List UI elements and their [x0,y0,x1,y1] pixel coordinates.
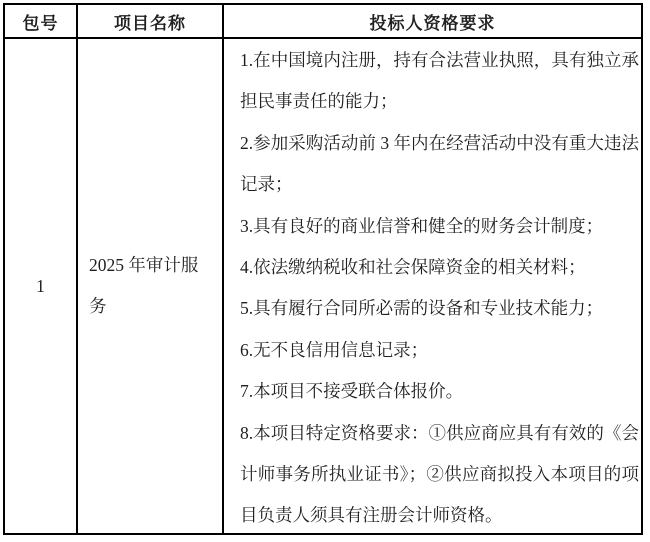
header-cell-project-name: 项目名称 [78,5,224,39]
header-label-project-name: 项目名称 [114,9,186,34]
requirement-item-5: 5.具有履行合同所必需的设备和专业技术能力； [240,288,639,329]
requirement-item-1: 1.在中国境内注册，持有合法营业执照，具有独立承担民事责任的能力； [240,40,639,123]
requirement-item-4: 4.依法缴纳税收和社会保障资金的相关材料； [240,247,639,288]
requirement-item-3: 3.具有良好的商业信誉和健全的财务会计制度； [240,206,639,247]
requirement-item-2: 2.参加采购活动前 3 年内在经营活动中没有重大违法记录； [240,123,639,206]
requirement-item-7: 7.本项目不接受联合体报价。 [240,371,639,412]
cell-qualification-requirements: 1.在中国境内注册，持有合法营业执照，具有独立承担民事责任的能力； 2.参加采购… [224,39,641,533]
package-no-value: 1 [36,276,45,297]
header-label-package-no: 包号 [23,9,59,34]
header-label-qualification-requirements: 投标人资格要求 [370,9,496,34]
header-cell-qualification-requirements: 投标人资格要求 [224,5,641,39]
requirement-item-8: 8.本项目特定资格要求：①供应商应具有有效的《会计师事务所执业证书》；②供应商拟… [240,413,639,533]
cell-package-no: 1 [5,39,78,533]
cell-project-name: 2025 年审计服务 [78,39,224,533]
bid-requirements-table: 包号 项目名称 投标人资格要求 1 2025 年审计服务 1.在中国境内注册，持… [3,3,643,535]
header-cell-package-no: 包号 [5,5,78,39]
project-name-value: 2025 年审计服务 [89,245,211,328]
requirement-item-6: 6.无不良信用信息记录； [240,330,639,371]
